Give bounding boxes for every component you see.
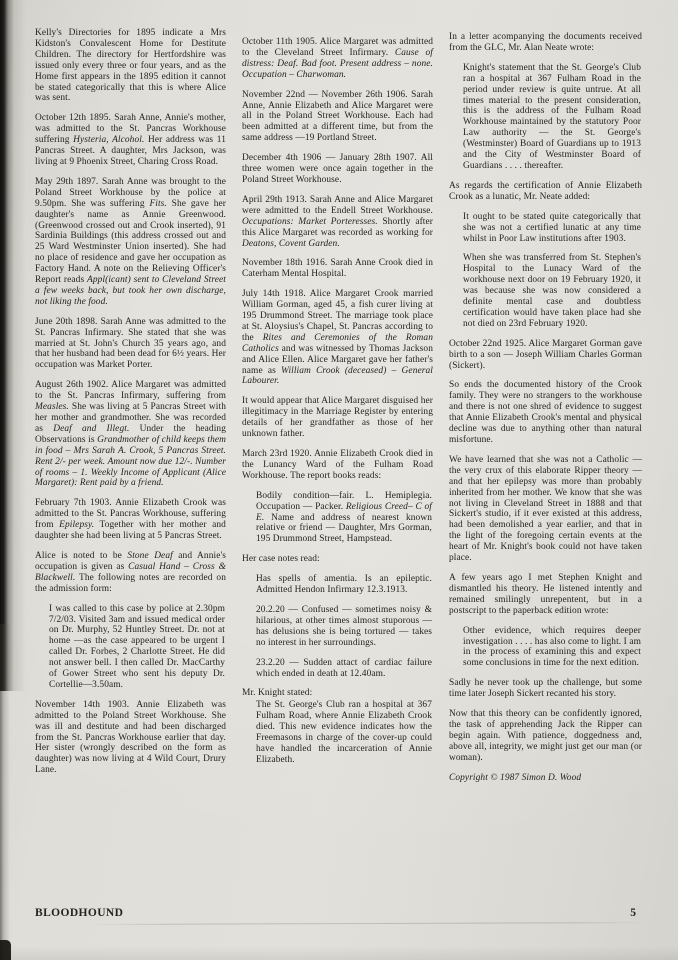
paragraph: November 14th 1903. Annie Elizabeth was … <box>35 700 226 776</box>
text-run: Mr. Knight stated: <box>242 688 312 698</box>
paragraph: As regards the certification of Annie El… <box>449 181 642 203</box>
scanned-page: Kelly's Directories for 1895 indicate a … <box>0 0 678 960</box>
italic-text-run: Occupations: Market Porteresses. <box>242 217 378 227</box>
scan-shadow-artifact <box>0 946 678 960</box>
paragraph: March 23rd 1920. Annie Elizabeth Crook d… <box>242 449 433 482</box>
text-run: As regards the certification of Annie El… <box>449 181 642 202</box>
paragraph: October 11th 1905. Alice Margaret was ad… <box>242 37 433 81</box>
text-run: The St. George's Club ran a hospital at … <box>256 700 432 765</box>
text-run: December 4th 1906 — January 28th 1907. A… <box>242 153 433 185</box>
paragraph: February 7th 1903. Annie Elizabeth Crook… <box>35 498 226 542</box>
paragraph: October 22nd 1925. Alice Margaret Gorman… <box>449 339 642 372</box>
scan-streak-artifact <box>88 922 650 925</box>
quote-block: 20.2.20 — Confused — sometimes noisy & h… <box>256 605 432 649</box>
paragraph: May 29th 1897. Sarah Anne was brought to… <box>35 177 226 308</box>
quote-block: It ought to be stated quite categoricall… <box>463 212 641 245</box>
text-run: November 14th 1903. Annie Elizabeth was … <box>35 700 226 775</box>
paragraph: October 12th 1895. Sarah Anne, Annie's m… <box>35 113 226 168</box>
quote-block: The St. George's Club ran a hospital at … <box>256 700 432 765</box>
paragraph: Mr. Knight stated: <box>242 688 433 699</box>
italic-text-run: Epilepsy. <box>59 520 94 530</box>
quote-block: When she was transferred from St. Stephe… <box>463 253 641 329</box>
italic-text-run: Deatons, Covent Garden. <box>242 239 340 249</box>
text-run: Has spells of amentia. Is an epileptic. … <box>256 574 432 595</box>
paragraph: July 14th 1918. Alice Margaret Crook mar… <box>242 289 433 387</box>
quote-block: Knight's statement that the St. George's… <box>463 63 641 172</box>
paragraph: December 4th 1906 — January 28th 1907. A… <box>242 153 433 186</box>
footer-journal-title: BLOODHOUND <box>35 907 123 919</box>
text-run: March 23rd 1920. Annie Elizabeth Crook d… <box>242 449 433 481</box>
italic-text-run: Deaf and Illegt. <box>53 424 129 434</box>
text-run: She gave her daughter's name as Annie Gr… <box>35 199 226 285</box>
text-column-3: In a letter acompanying the documents re… <box>449 28 642 792</box>
text-run: October 22nd 1925. Alice Margaret Gorman… <box>449 339 642 371</box>
paragraph: Kelly's Directories for 1895 indicate a … <box>35 28 226 104</box>
paragraph: Alice is noted to be Stone Deaf and Anni… <box>35 551 226 595</box>
paragraph: So ends the documented history of the Cr… <box>449 380 642 445</box>
scan-edge-artifact <box>0 0 26 691</box>
text-run: Her case notes read: <box>242 554 320 564</box>
italic-text-run: Hysteria, Alcohol. <box>73 135 144 145</box>
text-run: June 20th 1898. Sarah Anne was admitted … <box>35 317 226 371</box>
text-run: It ought to be stated quite categoricall… <box>463 212 641 244</box>
paragraph: Sadly he never took up the challenge, bu… <box>449 678 642 700</box>
paragraph: A few years ago I met Stephen Knight and… <box>449 573 642 617</box>
text-run: Sadly he never took up the challenge, bu… <box>449 678 642 699</box>
text-run: So ends the documented history of the Cr… <box>449 380 642 445</box>
paragraph: We have learned that she was not a Catho… <box>449 455 642 564</box>
footer-page-number: 5 <box>630 907 636 919</box>
paragraph: In a letter acompanying the documents re… <box>449 32 642 54</box>
paragraph: June 20th 1898. Sarah Anne was admitted … <box>35 317 226 372</box>
text-run: We have learned that she was not a Catho… <box>449 455 642 563</box>
quote-block: 23.2.20 — Sudden attact of cardiac failu… <box>256 658 432 680</box>
text-run: November 22nd — November 26th 1906. Sara… <box>242 90 433 144</box>
text-run: Kelly's Directories for 1895 indicate a … <box>35 28 226 103</box>
paragraph: August 26th 1902. Alice Margaret was adm… <box>35 380 226 489</box>
italic-text-run: Measles. <box>35 402 69 412</box>
scan-edge-artifact-lower <box>0 624 10 960</box>
text-column-1: Kelly's Directories for 1895 indicate a … <box>35 28 226 792</box>
quote-block: Has spells of amentia. Is an epileptic. … <box>256 574 432 596</box>
text-run: Alice is noted to be <box>35 551 127 561</box>
text-run: It would appear that Alice Margaret disg… <box>242 396 433 439</box>
text-run: 20.2.20 — Confused — sometimes noisy & h… <box>256 605 432 648</box>
italic-text-run: Fits. <box>149 199 166 209</box>
text-run: Other evidence, which requires deeper in… <box>463 626 641 669</box>
article-body: Kelly's Directories for 1895 indicate a … <box>35 28 642 792</box>
text-column-2: October 11th 1905. Alice Margaret was ad… <box>242 28 433 792</box>
text-run: April 29th 1913. Sarah Anne and Alice Ma… <box>242 195 433 216</box>
text-run: A few years ago I met Stephen Knight and… <box>449 573 642 616</box>
text-run: 23.2.20 — Sudden attact of cardiac failu… <box>256 658 432 679</box>
quote-block: Other evidence, which requires deeper in… <box>463 626 641 670</box>
text-run: Now that this theory can be confidently … <box>449 709 642 763</box>
paragraph: Her case notes read: <box>242 554 433 565</box>
text-run: August 26th 1902. Alice Margaret was adm… <box>35 380 226 401</box>
quote-block: Bodily condition—fair. L. Hemiplegia. Oc… <box>256 491 432 546</box>
paragraph: November 18th 1916. Sarah Anne Crook die… <box>242 258 433 280</box>
paragraph: November 22nd — November 26th 1906. Sara… <box>242 90 433 145</box>
paragraph: It would appear that Alice Margaret disg… <box>242 396 433 440</box>
text-run: When she was transferred from St. Stephe… <box>463 253 641 328</box>
text-run: In a letter acompanying the documents re… <box>449 32 642 53</box>
quote-block: I was called to this case by police at 2… <box>49 604 225 691</box>
text-run: I was called to this case by police at 2… <box>49 604 225 690</box>
text-run: Name and address of nearest known relati… <box>256 513 432 545</box>
text-run: Knight's statement that the St. George's… <box>463 63 641 171</box>
text-run: November 18th 1916. Sarah Anne Crook die… <box>242 258 433 279</box>
paragraph: April 29th 1913. Sarah Anne and Alice Ma… <box>242 195 433 250</box>
italic-text-run: Copyright © 1987 Simon D. Wood <box>449 773 581 783</box>
italic-text-run: Stone Deaf <box>127 551 172 561</box>
paragraph: Now that this theory can be confidently … <box>449 709 642 764</box>
paragraph: Copyright © 1987 Simon D. Wood <box>449 773 642 784</box>
